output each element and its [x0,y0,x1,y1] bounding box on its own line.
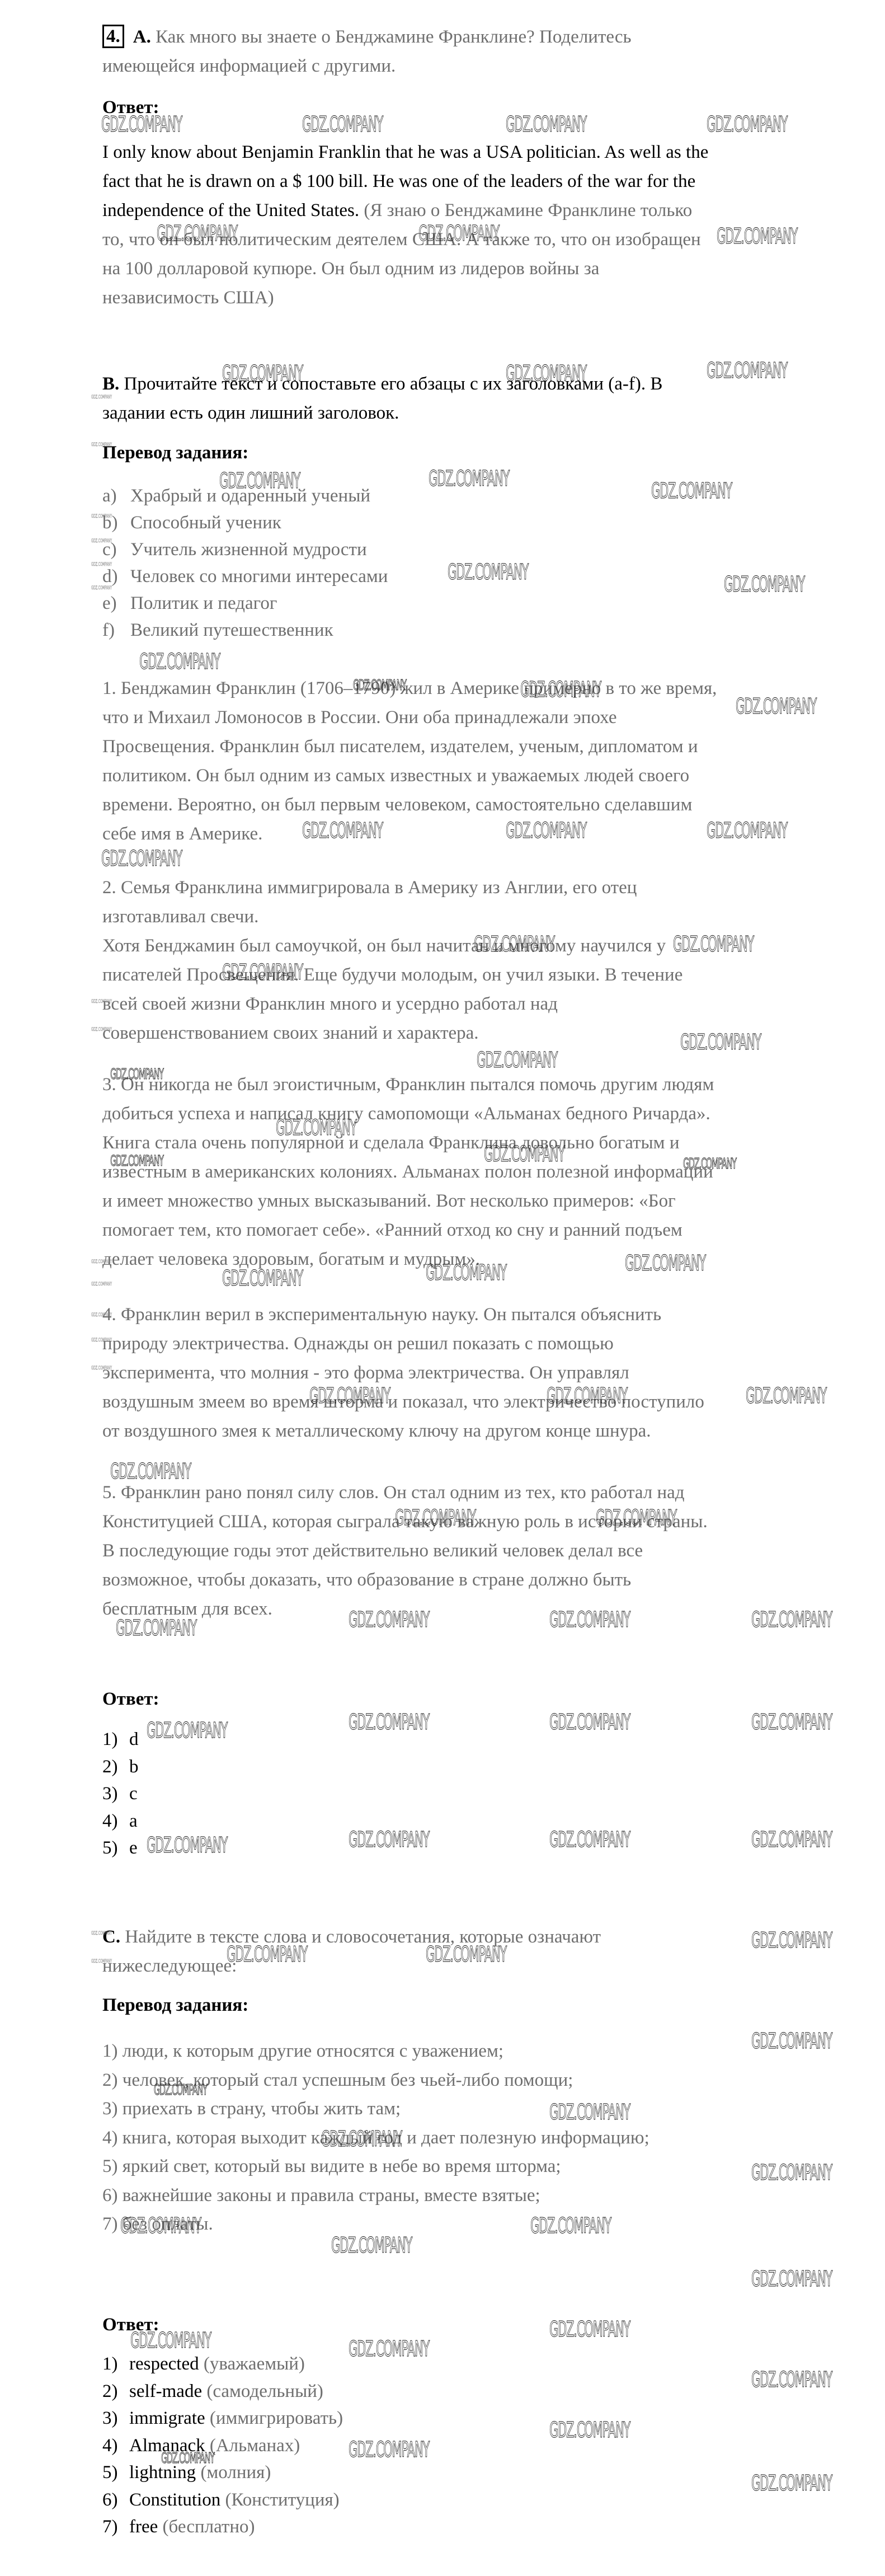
answer-item: 5)lightning (молния) [102,2459,807,2486]
answer-item: 2)b [102,1753,807,1781]
answer-item: 2)self-made (самодельный) [102,2378,807,2405]
heading-item: c)Учитель жизненной мудрости [102,536,807,563]
answer-ru-line: независимость США) [102,283,807,312]
answer-item: 4)Almanack (Альманах) [102,2432,807,2460]
answer-en-line: I only know about Benjamin Franklin that… [102,138,807,167]
definition-item: 3) приехать в страну, чтобы жить там; [102,2095,807,2124]
part-b-answers: 1)d 2)b 3)c 4)a 5)e [102,1726,807,1862]
part-c-translation-label: Перевод задания: [102,1991,807,2020]
answer-item: 5)e [102,1834,807,1862]
answer-ru-line: то, что он был политическим деятелем США… [102,225,807,254]
part-c-answers: 1)respected (уважаемый) 2)self-made (сам… [102,2350,807,2541]
watermark-mark: GDZ.COMPANY [91,1282,112,1287]
answer-item: 6)Constitution (Конституция) [102,2486,807,2514]
part-a-prompt-line-1: Как много вы знаете о Бенджамине Франкли… [156,27,631,47]
heading-item: e)Политик и педагог [102,590,807,617]
answer-item: 3)immigrate (иммигрировать) [102,2405,807,2432]
part-c-prompt: C. Найдите в тексте слова и словосочетан… [102,1922,807,1981]
part-b-prompt-line-2: задании есть один лишний заголовок. [102,398,807,428]
definition-item: 4) книга, которая выходит каждый год и д… [102,2124,807,2153]
part-a-prompt-line-2: имеющейся информацией с другими. [102,56,396,76]
answer-item: 7)free (бесплатно) [102,2513,807,2541]
answer-item: 1)respected (уважаемый) [102,2350,807,2378]
text-paragraph-3: 3. Он никогда не был эгоистичным, Франкл… [102,1070,807,1274]
heading-item: d)Человек со многими интересами [102,563,807,590]
text-paragraph-4: 4. Франклин верил в экспериментальную на… [102,1300,807,1446]
watermark-text: GDZ.COMPANY [139,649,220,674]
part-b-prompt: B. Прочитайте текст и сопоставьте его аб… [102,369,807,428]
definition-item: 5) яркий свет, который вы видите в небе … [102,2152,807,2181]
watermark-text: GDZ.COMPANY [477,1048,557,1072]
part-b-letter: B. [102,374,119,394]
part-c-letter: C. [102,1927,120,1947]
answer-item: 3)c [102,1780,807,1808]
answer-item: 4)a [102,1808,807,1835]
answer-en-line: fact that he is drawn on a $ 100 bill. H… [102,167,807,196]
heading-item: b)Способный ученик [102,509,807,536]
headings-list: a)Храбрый и одаренный ученый b)Способный… [102,482,807,644]
part-b-prompt-line-1: Прочитайте текст и сопоставьте его абзац… [124,374,663,394]
part-c-prompt-line-2: нижеследующее: [102,1951,807,1981]
answer-en-line: independence of the United States. [102,200,359,220]
heading-item: a)Храбрый и одаренный ученый [102,482,807,509]
watermark-text: GDZ.COMPANY [101,846,182,871]
text-paragraph-1: 1. Бенджамин Франклин (1706–1790) жил в … [102,674,807,848]
part-a-letter: A. [133,27,151,47]
part-a-prompt: 4.A. Как много вы знаете о Бенджамине Фр… [102,22,802,81]
watermark-text: GDZ.COMPANY [751,2267,832,2291]
part-b-translation-label: Перевод задания: [102,438,807,467]
definition-item: 1) люди, к которым другие относятся с ув… [102,2037,807,2066]
part-a-answer: I only know about Benjamin Franklin that… [102,138,807,312]
part-a-answer-label: Ответ: [102,93,807,122]
answer-ru-inline: (Я знаю о Бенджамине Франклине только [359,200,692,220]
part-b-answer-label: Ответ: [102,1685,807,1714]
answer-ru-line: на 100 долларовой купюре. Он был одним и… [102,254,807,283]
definition-item: 2) человек, который стал успешным без чь… [102,2066,807,2095]
part-c-answer-label: Ответ: [102,2310,807,2339]
answer-item: 1)d [102,1726,807,1753]
definition-item: 7) без оплаты. [102,2210,807,2239]
part-c-prompt-line-1: Найдите в тексте слова и словосочетания,… [125,1927,601,1947]
definition-item: 6) важнейшие законы и правила страны, вм… [102,2181,807,2211]
definitions-list: 1) люди, к которым другие относятся с ув… [102,2037,807,2239]
text-paragraph-2: 2. Семья Франклина иммигрировала в Амери… [102,873,807,1048]
text-paragraph-5: 5. Франклин рано понял силу слов. Он ста… [102,1478,807,1624]
task-number-box: 4. [102,25,124,48]
heading-item: f)Великий путешественник [102,617,807,644]
